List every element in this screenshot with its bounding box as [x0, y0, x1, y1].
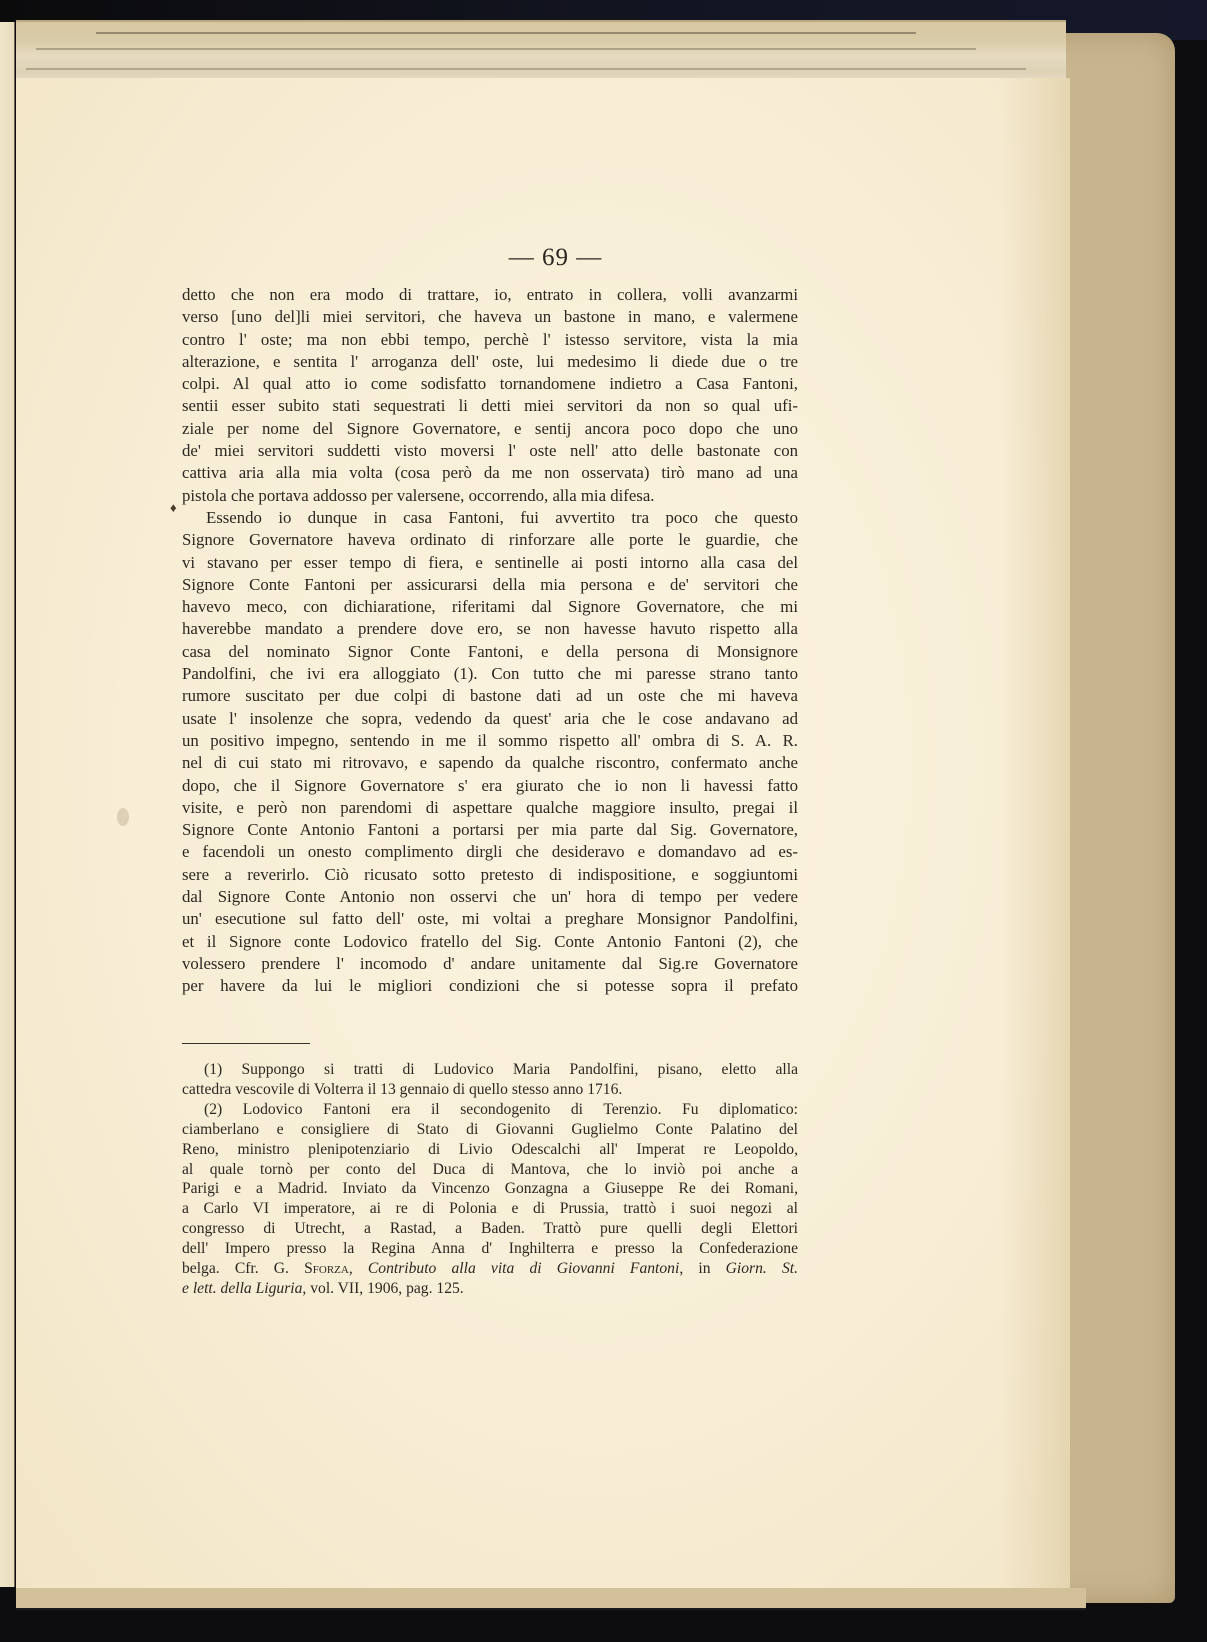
footnote-2-citation-line: belga. Cfr. G. Sforza, Contributo alla v…	[182, 1259, 798, 1279]
text-line: rumore suscitato per due colpi di baston…	[182, 685, 798, 707]
text-line: sentii esser subito stati sequestrati li…	[182, 395, 798, 417]
text-line-paragraph-start: Essendo io dunque in casa Fantoni, fui a…	[182, 507, 798, 529]
text-line: volessero prendere l' incomodo d' andare…	[182, 953, 798, 975]
text-line: Signore Conte Antonio Fantoni a portarsi…	[182, 819, 798, 841]
footnote-2-line: congresso di Utrecht, a Rastad, a Baden.…	[182, 1219, 798, 1239]
footnote-2-citation-line: e lett. della Liguria, vol. VII, 1906, p…	[182, 1279, 798, 1299]
text-line: haverebbe mandato a prendere dove ero, s…	[182, 618, 798, 640]
text-line: vi stavano per esser tempo di fiera, e s…	[182, 552, 798, 574]
edge-line	[26, 68, 1026, 70]
text-line: per havere da lui le migliori condizioni…	[182, 975, 798, 997]
margin-ink-mark: ♦	[170, 500, 177, 516]
text-line: pistola che portava addosso per valersen…	[182, 485, 798, 507]
text-line: usate l' insolenze che sopra, vedendo da…	[182, 708, 798, 730]
footnote-1-line: (1) Suppongo si tratti di Ludovico Maria…	[182, 1060, 798, 1080]
text-line: dopo, che il Signore Governatore s' era …	[182, 775, 798, 797]
paper-stain	[117, 808, 129, 826]
text-line: dal Signore Conte Antonio non osservi ch…	[182, 886, 798, 908]
text-line: un positivo impegno, sentendo in me il s…	[182, 730, 798, 752]
text-line: detto che non era modo di trattare, io, …	[182, 284, 798, 306]
footnotes: (1) Suppongo si tratti di Ludovico Maria…	[182, 1060, 798, 1299]
footnote-separator	[182, 1043, 310, 1044]
text-line: ziale per nome del Signore Governatore, …	[182, 418, 798, 440]
text-line: Pandolfini, che ivi era alloggiato (1). …	[182, 663, 798, 685]
main-text: detto che non era modo di trattare, io, …	[182, 284, 798, 998]
text-line: et il Signore conte Lodovico fratello de…	[182, 931, 798, 953]
footnote-2-line: al quale tornò per conto del Duca di Man…	[182, 1160, 798, 1180]
text-line: e facendoli un onesto complimento dirgli…	[182, 841, 798, 863]
footnote-2-line: a Carlo VI imperatore, ai re di Polonia …	[182, 1199, 798, 1219]
text-line: verso [uno del]li miei servitori, che ha…	[182, 306, 798, 328]
footnote-2-line: ciamberlano e consigliere di Stato di Gi…	[182, 1120, 798, 1140]
edge-line	[96, 32, 916, 34]
text-line: nel di cui stato mi ritrovavo, e sapendo…	[182, 752, 798, 774]
footnote-2-line: Reno, ministro plenipotenziario di Livio…	[182, 1140, 798, 1160]
footnote-2-line: (2) Lodovico Fantoni era il secondogenit…	[182, 1100, 798, 1120]
page-stack-top-edge	[16, 20, 1066, 84]
citation-title: Contributo alla vita di Giovanni Fantoni	[368, 1260, 679, 1277]
page-curl-shadow	[1000, 78, 1070, 1595]
text-line: contro l' oste; ma non ebbi tempo, perch…	[182, 329, 798, 351]
text-line: alterazione, e sentita l' arroganza dell…	[182, 351, 798, 373]
edge-line	[36, 48, 976, 50]
text-line: cattiva aria alla mia volta (cosa però d…	[182, 462, 798, 484]
citation-author: Sforza	[304, 1260, 349, 1277]
citation-journal: Giorn. St.	[726, 1260, 798, 1277]
text-line: visite, e però non parendomi di aspettar…	[182, 797, 798, 819]
text-line: colpi. Al qual atto io come sodisfatto t…	[182, 373, 798, 395]
page-number: — 69 —	[0, 244, 1207, 272]
footnote-2-line: Parigi e a Madrid. Inviato da Vincenzo G…	[182, 1179, 798, 1199]
text-line: Signore Conte Fantoni per assicurarsi de…	[182, 574, 798, 596]
text-line: un' esecutione sul fatto dell' oste, mi …	[182, 908, 798, 930]
page-stack-bottom-edge	[16, 1588, 1086, 1610]
footnote-1-line: cattedra vescovile di Volterra il 13 gen…	[182, 1080, 798, 1100]
text-line: sere a reverirlo. Ciò ricusato sotto pre…	[182, 864, 798, 886]
text-line: de' miei servitori suddetti visto movers…	[182, 440, 798, 462]
text-line: casa del nominato Signor Conte Fantoni, …	[182, 641, 798, 663]
text-line: Signore Governatore haveva ordinato di r…	[182, 529, 798, 551]
text-line: havevo meco, con dichiaratione, riferita…	[182, 596, 798, 618]
footnote-2-line: dell' Impero presso la Regina Anna d' In…	[182, 1239, 798, 1259]
citation-journal: e lett. della Liguria	[182, 1280, 302, 1297]
